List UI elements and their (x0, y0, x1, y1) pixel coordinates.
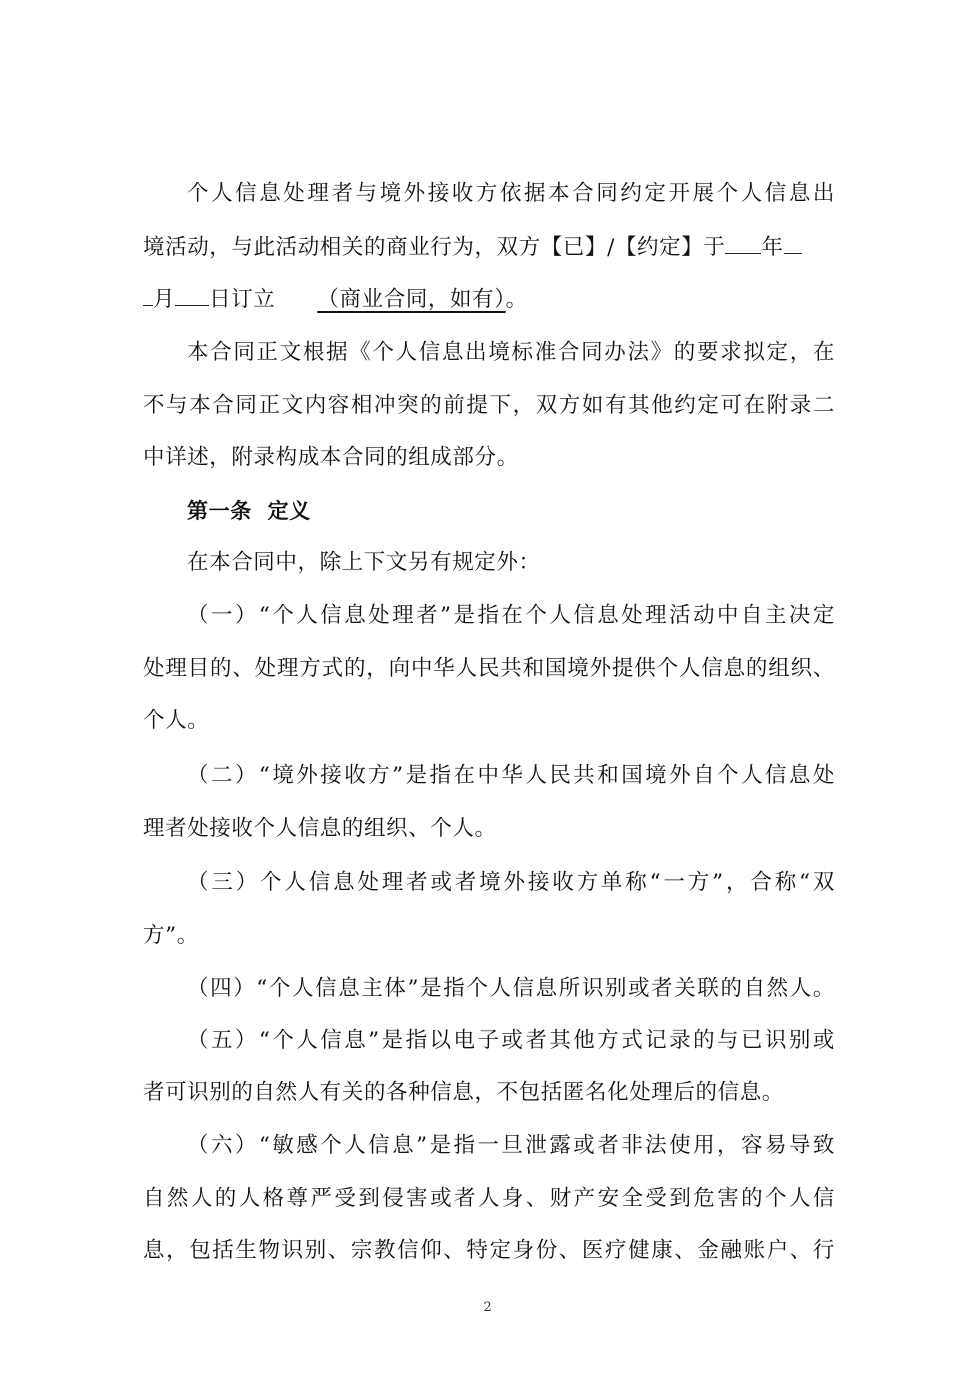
paragraph-1-line-1: 个人信息处理者与境外接收方依据本合同约定开展个人信息出 (187, 179, 835, 209)
paragraph-2-line-3: 中详述，附录构成本合同的组成部分。 (143, 443, 835, 473)
day-label: 日订立 (209, 287, 275, 312)
definition-3-line-1: （三）个人信息处理者或者境外接收方单称“一方”，合称“双 (187, 868, 835, 898)
definition-4-line-1: （四）“个人信息主体”是指个人信息所识别或者关联的自然人。 (187, 974, 835, 1004)
definition-3-line-2: 方”。 (143, 921, 835, 951)
year-blank[interactable] (725, 231, 761, 254)
article-1-heading: 第一条 定义 (187, 496, 835, 526)
paragraph-2-line-1: 本合同正文根据《个人信息出境标准合同办法》的要求拟定，在 (187, 338, 835, 368)
commercial-contract-field[interactable]: （商业合同，如有） (311, 287, 505, 312)
paragraph-1-end: 。 (506, 287, 528, 312)
month-blank-part-1[interactable] (784, 231, 802, 254)
page-number: 2 (0, 1300, 975, 1315)
definition-1-line-1: （一）“个人信息处理者”是指在个人信息处理活动中自主决定 (187, 601, 835, 631)
paragraph-1-text: 境活动，与此活动相关的商业行为，双方【已】/【约定】于 (143, 235, 725, 260)
paragraph-2-line-2: 不与本合同正文内容相冲突的前提下，双方如有其他约定可在附录二 (143, 391, 835, 421)
paragraph-1-line-3: 月日订立（商业合同，如有）。 (143, 283, 835, 315)
definition-1-line-3: 个人。 (143, 706, 835, 736)
document-page: 个人信息处理者与境外接收方依据本合同约定开展个人信息出 境活动，与此活动相关的商… (0, 0, 975, 1389)
definition-6-line-3: 息，包括生物识别、宗教信仰、特定身份、医疗健康、金融账户、行 (143, 1236, 835, 1266)
definition-1-line-2: 处理目的、处理方式的，向中华人民共和国境外提供个人信息的组织、 (143, 654, 835, 684)
definition-2-line-2: 理者处接收个人信息的组织、个人。 (143, 814, 835, 844)
definition-6-line-2: 自然人的人格尊严受到侵害或者人身、财产安全受到危害的个人信 (143, 1184, 835, 1214)
definition-6-line-1: （六）“敏感个人信息”是指一旦泄露或者非法使用，容易导致 (187, 1131, 835, 1161)
definition-2-line-1: （二）“境外接收方”是指在中华人民共和国境外自个人信息处 (187, 761, 835, 791)
definitions-intro: 在本合同中，除上下文另有规定外： (187, 548, 835, 578)
definition-5-line-1: （五）“个人信息”是指以电子或者其他方式记录的与已识别或 (187, 1026, 835, 1056)
definition-5-line-2: 者可识别的自然人有关的各种信息，不包括匿名化处理后的信息。 (143, 1078, 835, 1108)
month-blank-part-2[interactable] (143, 283, 153, 306)
paragraph-1-line-2: 境活动，与此活动相关的商业行为，双方【已】/【约定】于年 (143, 231, 835, 263)
month-label: 月 (153, 287, 175, 312)
day-blank[interactable] (175, 283, 209, 306)
year-label: 年 (761, 235, 783, 260)
